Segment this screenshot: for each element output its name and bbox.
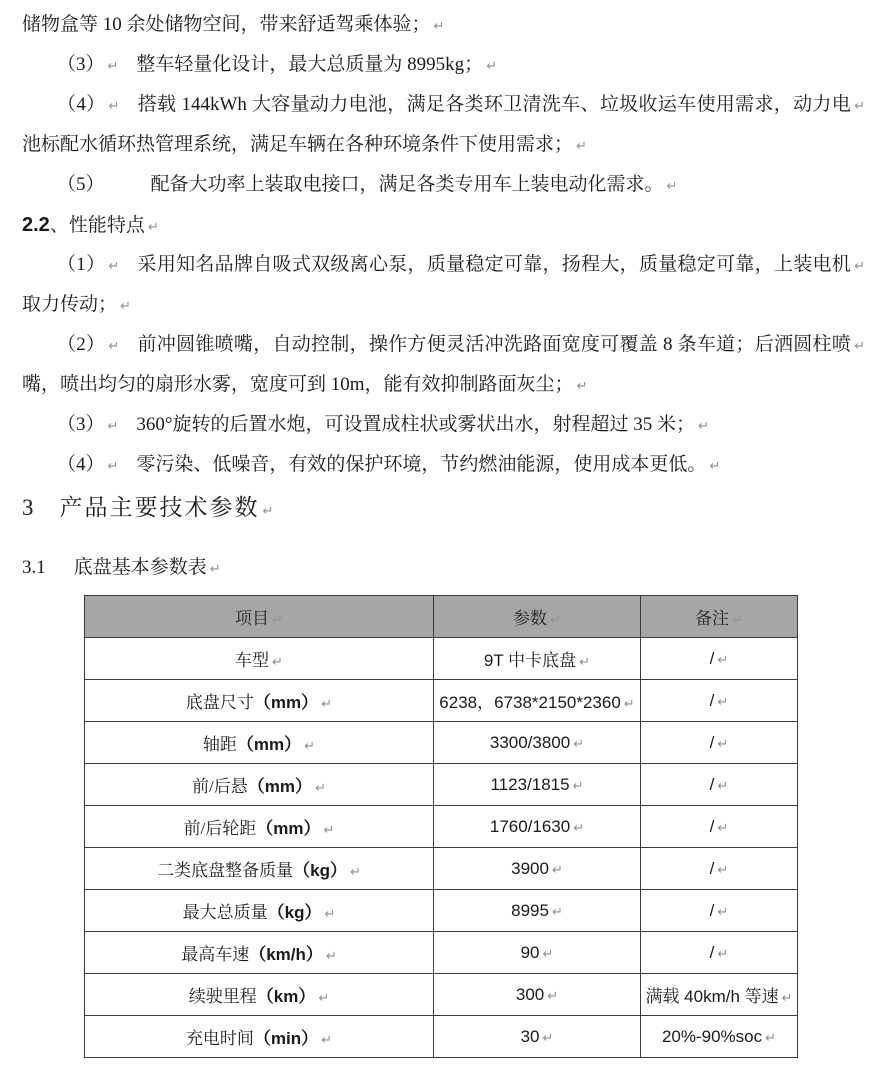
section-number: 3 — [22, 495, 34, 520]
pilcrow-mark: ↵ — [105, 339, 119, 354]
body-text: 池标配水循环热管理系统，满足车辆在各种环境条件下使用需求； — [22, 134, 573, 155]
pilcrow-mark: ↵ — [431, 19, 445, 34]
pilcrow-mark: ↵ — [117, 299, 131, 314]
pilcrow-mark: ↵ — [544, 989, 558, 1004]
section-heading-3-1: 3.1底盘基本参数表↵ — [22, 548, 865, 588]
pilcrow-mark: ↵ — [321, 907, 335, 922]
body-line: （1）↵采用知名品牌自吸式双级离心泵，质量稳定可靠，扬程大，质量稳定可靠，上装电… — [22, 245, 865, 285]
pilcrow-mark: ↵ — [105, 259, 119, 274]
table-row: 底盘尺寸（mm）↵ 6238，6738*2150*2360↵ /↵ — [85, 680, 798, 722]
note-cell: /↵ — [641, 806, 798, 848]
table-row: 最高车速（km/h）↵ 90↵ /↵ — [85, 932, 798, 974]
pilcrow-mark: ↵ — [318, 1033, 332, 1048]
pilcrow-mark: ↵ — [714, 947, 728, 962]
section-title: 、性能特点 — [50, 215, 145, 236]
list-label: （3） — [57, 54, 105, 75]
body-line: 储物盒等 10 余处储物空间，带来舒适驾乘体验；↵ — [22, 5, 865, 45]
pilcrow-mark: ↵ — [105, 459, 119, 474]
pilcrow-mark: ↵ — [301, 739, 315, 754]
pilcrow-mark: ↵ — [714, 905, 728, 920]
table-row: 续驶里程（km）↵ 300↵ 满载 40km/h 等速↵ — [85, 974, 798, 1016]
pilcrow-mark: ↵ — [570, 779, 584, 794]
pilcrow-mark: ↵ — [347, 865, 361, 880]
body-line: （3）↵360°旋转的后置水炮，可设置成柱状或雾状出水，射程超过 35 米；↵ — [22, 405, 865, 445]
pilcrow-mark: ↵ — [321, 823, 335, 838]
note-cell: /↵ — [641, 890, 798, 932]
body-line: 取力传动；↵ — [22, 285, 865, 325]
document-page: 储物盒等 10 余处储物空间，带来舒适驾乘体验；↵ （3）↵整车轻量化设计，最大… — [0, 0, 879, 1084]
pilcrow-mark: ↵ — [547, 613, 561, 628]
pilcrow-mark: ↵ — [695, 419, 709, 434]
param-cell: 300↵ — [434, 974, 641, 1016]
param-cell: 1760/1630↵ — [434, 806, 641, 848]
pilcrow-mark: ↵ — [714, 821, 728, 836]
pilcrow-mark: ↵ — [570, 821, 584, 836]
item-cell: 前/后悬（mm）↵ — [85, 764, 434, 806]
pilcrow-mark: ↵ — [714, 737, 728, 752]
pilcrow-mark: ↵ — [573, 139, 587, 154]
param-cell: 3900↵ — [434, 848, 641, 890]
pilcrow-mark: ↵ — [549, 863, 563, 878]
param-cell: 30↵ — [434, 1016, 641, 1058]
body-text: 搭载 144kWh 大容量动力电池，满足各类环卫清洗车、垃圾收运车使用需求，动力… — [137, 94, 851, 115]
list-label: （4） — [57, 94, 105, 115]
table-header-cell-param: 参数↵ — [434, 596, 641, 638]
param-cell: 6238，6738*2150*2360↵ — [434, 680, 641, 722]
body-text: 采用知名品牌自吸式双级离心泵，质量稳定可靠，扬程大，质量稳定可靠，上装电机 — [137, 254, 851, 275]
table-header-cell-note: 备注↵ — [641, 596, 798, 638]
pilcrow-mark: ↵ — [483, 59, 497, 74]
pilcrow-mark: ↵ — [714, 653, 728, 668]
pilcrow-mark: ↵ — [714, 779, 728, 794]
list-label: （4） — [57, 454, 105, 475]
pilcrow-mark: ↵ — [269, 613, 283, 628]
table-row: 车型↵ 9T 中卡底盘↵ /↵ — [85, 638, 798, 680]
pilcrow-mark: ↵ — [762, 1031, 776, 1046]
param-cell: 9T 中卡底盘↵ — [434, 638, 641, 680]
body-text: 前冲圆锥喷嘴，自动控制，操作方便灵活冲洗路面宽度可覆盖 8 条车道；后洒圆柱喷 — [137, 334, 851, 355]
pilcrow-mark: ↵ — [574, 379, 588, 394]
body-line: （5）配备大功率上装取电接口，满足各类专用车上装电动化需求。↵ — [22, 165, 865, 205]
pilcrow-mark: ↵ — [260, 504, 276, 519]
pilcrow-mark: ↵ — [729, 613, 743, 628]
item-cell: 二类底盘整备质量（kg）↵ — [85, 848, 434, 890]
table-header-cell-item: 项目↵ — [85, 596, 434, 638]
note-cell: /↵ — [641, 638, 798, 680]
pilcrow-mark: ↵ — [664, 179, 678, 194]
pilcrow-mark: ↵ — [706, 459, 720, 474]
body-text: 储物盒等 10 余处储物空间，带来舒适驾乘体验； — [22, 14, 431, 35]
pilcrow-mark: ↵ — [714, 863, 728, 878]
note-cell: /↵ — [641, 722, 798, 764]
table-row: 充电时间（min）↵ 30↵ 20%-90%soc↵ — [85, 1016, 798, 1058]
note-cell: /↵ — [641, 932, 798, 974]
item-cell: 充电时间（min）↵ — [85, 1016, 434, 1058]
param-cell: 1123/1815↵ — [434, 764, 641, 806]
section-heading-3: 3产品主要技术参数↵ — [22, 485, 865, 530]
body-text: 配备大功率上装取电接口，满足各类专用车上装电动化需求。 — [151, 174, 664, 195]
body-line: （4）↵零污染、低噪音，有效的保护环境，节约燃油能源，使用成本更低。↵ — [22, 445, 865, 485]
body-line: 嘴，喷出均匀的扇形水雾，宽度可到 10m，能有效抑制路面灰尘；↵ — [22, 365, 865, 405]
body-text: 整车轻量化设计，最大总质量为 8995kg； — [136, 54, 483, 75]
note-cell: /↵ — [641, 848, 798, 890]
table-header-row: 项目↵ 参数↵ 备注↵ — [85, 596, 798, 638]
pilcrow-mark: ↵ — [851, 259, 865, 274]
pilcrow-mark: ↵ — [621, 697, 635, 712]
section-heading-2-2: 2.2、性能特点↵ — [22, 205, 865, 245]
table-row: 轴距（mm）↵ 3300/3800↵ /↵ — [85, 722, 798, 764]
table-row: 最大总质量（kg）↵ 8995↵ /↵ — [85, 890, 798, 932]
pilcrow-mark: ↵ — [207, 562, 221, 577]
section-number: 3.1 — [22, 557, 46, 578]
pilcrow-mark: ↵ — [315, 991, 329, 1006]
body-line: （4）↵搭载 144kWh 大容量动力电池，满足各类环卫清洗车、垃圾收运车使用需… — [22, 85, 865, 125]
pilcrow-mark: ↵ — [105, 419, 119, 434]
pilcrow-mark: ↵ — [105, 99, 119, 114]
body-text: 嘴，喷出均匀的扇形水雾，宽度可到 10m，能有效抑制路面灰尘； — [22, 374, 574, 395]
pilcrow-mark: ↵ — [779, 991, 793, 1006]
table-row: 二类底盘整备质量（kg）↵ 3900↵ /↵ — [85, 848, 798, 890]
param-cell: 90↵ — [434, 932, 641, 974]
pilcrow-mark: ↵ — [540, 1031, 554, 1046]
item-cell: 最大总质量（kg）↵ — [85, 890, 434, 932]
pilcrow-mark: ↵ — [714, 695, 728, 710]
list-label: （5） — [57, 174, 105, 195]
param-cell: 3300/3800↵ — [434, 722, 641, 764]
note-cell: /↵ — [641, 764, 798, 806]
note-cell: 满载 40km/h 等速↵ — [641, 974, 798, 1016]
item-cell: 最高车速（km/h）↵ — [85, 932, 434, 974]
pilcrow-mark: ↵ — [269, 655, 283, 670]
note-cell: /↵ — [641, 680, 798, 722]
section-title: 产品主要技术参数 — [60, 495, 260, 520]
table-row: 前/后悬（mm）↵ 1123/1815↵ /↵ — [85, 764, 798, 806]
item-cell: 轴距（mm）↵ — [85, 722, 434, 764]
table-row: 前/后轮距（mm）↵ 1760/1630↵ /↵ — [85, 806, 798, 848]
note-cell: 20%-90%soc↵ — [641, 1016, 798, 1058]
body-line: （3）↵整车轻量化设计，最大总质量为 8995kg；↵ — [22, 45, 865, 85]
pilcrow-mark: ↵ — [540, 947, 554, 962]
body-line: 池标配水循环热管理系统，满足车辆在各种环境条件下使用需求；↵ — [22, 125, 865, 165]
chassis-params-table: 项目↵ 参数↵ 备注↵ 车型↵ 9T 中卡底盘↵ /↵ 底盘尺寸（mm）↵ 62… — [84, 595, 798, 1058]
pilcrow-mark: ↵ — [851, 339, 865, 354]
section-title: 底盘基本参数表 — [74, 557, 207, 578]
pilcrow-mark: ↵ — [145, 220, 159, 235]
item-cell: 底盘尺寸（mm）↵ — [85, 680, 434, 722]
pilcrow-mark: ↵ — [570, 737, 584, 752]
pilcrow-mark: ↵ — [105, 59, 119, 74]
pilcrow-mark: ↵ — [318, 697, 332, 712]
pilcrow-mark: ↵ — [549, 905, 563, 920]
body-text: 360°旋转的后置水炮，可设置成柱状或雾状出水，射程超过 35 米； — [136, 414, 695, 435]
pilcrow-mark: ↵ — [323, 949, 337, 964]
list-label: （3） — [57, 414, 105, 435]
item-cell: 车型↵ — [85, 638, 434, 680]
item-cell: 前/后轮距（mm）↵ — [85, 806, 434, 848]
section-number: 2.2 — [22, 214, 50, 236]
param-cell: 8995↵ — [434, 890, 641, 932]
pilcrow-mark: ↵ — [576, 655, 590, 670]
list-label: （1） — [57, 254, 105, 275]
list-label: （2） — [57, 334, 105, 355]
body-line: （2）↵前冲圆锥喷嘴，自动控制，操作方便灵活冲洗路面宽度可覆盖 8 条车道；后洒… — [22, 325, 865, 365]
pilcrow-mark: ↵ — [312, 781, 326, 796]
item-cell: 续驶里程（km）↵ — [85, 974, 434, 1016]
pilcrow-mark: ↵ — [851, 99, 865, 114]
body-text: 零污染、低噪音，有效的保护环境，节约燃油能源，使用成本更低。 — [136, 454, 706, 475]
body-text: 取力传动； — [22, 294, 117, 315]
